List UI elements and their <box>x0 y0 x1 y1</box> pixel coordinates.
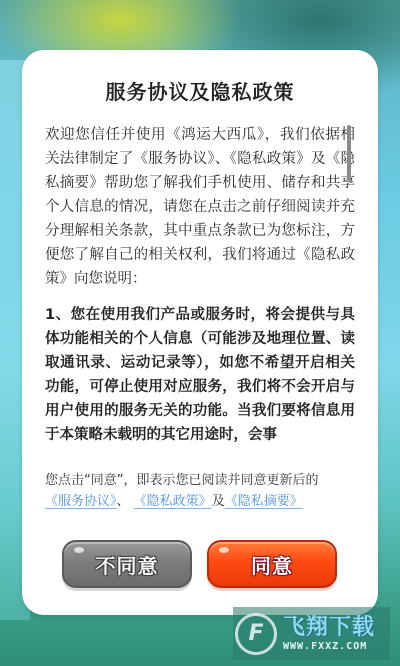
consent-links: 《服务协议》、 《隐私政策》及《隐私摘要》 <box>45 491 365 512</box>
disagree-button[interactable]: 不同意 <box>62 540 192 588</box>
scrollbar-thumb[interactable] <box>347 125 351 181</box>
watermark-brand: 飞翔下载 <box>283 615 375 641</box>
separator: 、 <box>117 494 130 509</box>
agree-button-label: 同意 <box>251 550 293 579</box>
watermark-logo-icon: F <box>235 613 277 655</box>
disagree-button-label: 不同意 <box>96 550 159 579</box>
agree-button[interactable]: 同意 <box>207 540 337 588</box>
consent-text: 您点击“同意”，即表示您已阅读并同意更新后的 <box>45 470 365 491</box>
watermark-text: 飞翔下载 WWW.FXXZ.COM <box>283 615 375 652</box>
separator: 及 <box>212 494 225 509</box>
button-shine <box>74 547 84 553</box>
watermark-url: WWW.FXXZ.COM <box>283 641 375 652</box>
privacy-summary-link[interactable]: 《隐私摘要》 <box>225 494 303 509</box>
service-agreement-link[interactable]: 《服务协议》 <box>45 494 117 509</box>
consent-notice: 您点击“同意”，即表示您已阅读并同意更新后的 《服务协议》、 《隐私政策》及《隐… <box>45 470 365 512</box>
policy-scroll-area[interactable]: 欢迎您信任并使用《鸿运大西瓜》，我们依据相关法律制定了《服务协议》、《隐私政策》… <box>45 123 355 465</box>
privacy-policy-link[interactable]: 《隐私政策》 <box>134 494 212 509</box>
dialog-title: 服务协议及隐私政策 <box>22 76 378 105</box>
privacy-dialog: 服务协议及隐私政策 欢迎您信任并使用《鸿运大西瓜》，我们依据相关法律制定了《服务… <box>22 50 378 615</box>
button-shine <box>219 547 229 553</box>
policy-clause-1: 1、您在使用我们产品或服务时，将会提供与具体功能相关的个人信息（可能涉及地理位置… <box>45 303 355 447</box>
policy-intro-paragraph: 欢迎您信任并使用《鸿运大西瓜》，我们依据相关法律制定了《服务协议》、《隐私政策》… <box>45 123 355 291</box>
site-watermark: F 飞翔下载 WWW.FXXZ.COM <box>233 607 390 660</box>
